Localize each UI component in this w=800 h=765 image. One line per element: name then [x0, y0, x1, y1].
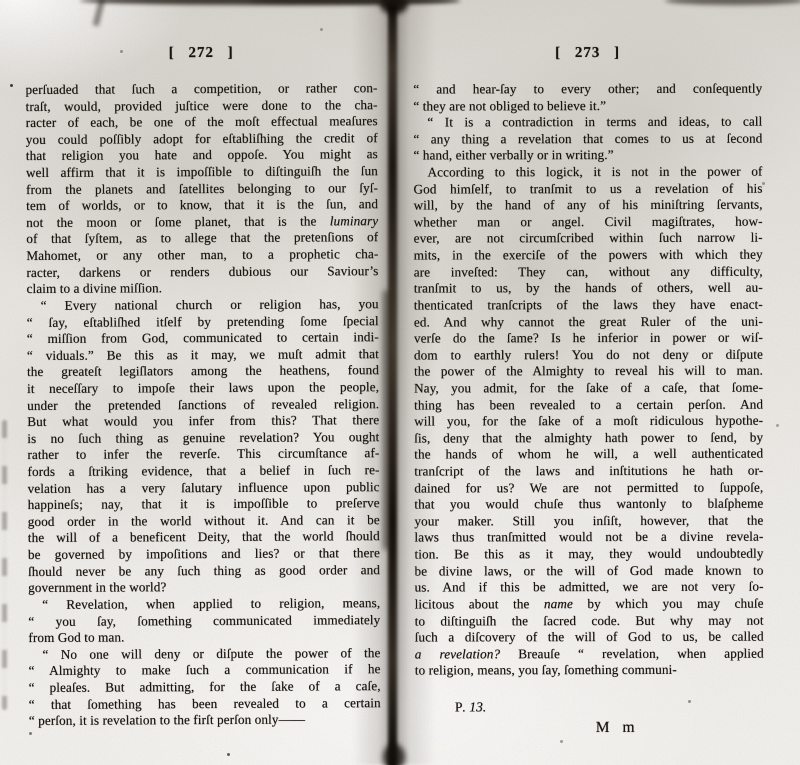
text-line: “ any thing a revelation that comes to u… [413, 130, 762, 148]
text-line: tion. Be this as it may, they would undo… [414, 546, 763, 564]
text-line: “ that ſomething has been revealed to a … [29, 695, 381, 713]
book-scan: [ 272 ] perſuaded that ſuch a competitio… [0, 0, 800, 765]
text-line: licitous about the name by which you may… [415, 595, 764, 613]
text-line: from God to man. [28, 628, 380, 646]
page-273-text: “ and hear-ſay to every other; and conſe… [413, 81, 764, 680]
text-line: that you would chuſe thus wantonly to bl… [414, 496, 763, 514]
text-line: ed. And why cannot the great Ruler of th… [414, 313, 763, 331]
text-line: the greateſt legiſlators among the heath… [27, 362, 379, 380]
text-line: good order in the world without it. And … [28, 512, 380, 530]
text-line: will you, for the ſake of a moſt ridicul… [414, 413, 763, 431]
text-line: thing has been revealed to a certain per… [414, 396, 763, 414]
signature-mark: M m [415, 718, 764, 737]
text-line: government in the world? [28, 578, 380, 596]
text-line: is no ſuch thing as genuine revelation? … [27, 429, 379, 447]
binding-crease [388, 0, 397, 765]
text-line: racter of each, be one of the moſt effec… [26, 113, 378, 131]
text-line: you could poſſibly adopt for eſtabliſhin… [26, 130, 378, 148]
text-line: tranſmit to us, by the hands of others, … [414, 280, 763, 298]
text-line: rather to infer the reverſe. This circum… [27, 445, 379, 463]
top-edge-artifact [250, 0, 460, 4]
text-line: a revelation? Breauſe “ revelation, when… [415, 645, 764, 663]
text-line: ſhould never be any ſuch thing as good o… [28, 562, 380, 580]
text-line: “ It is a contradiction in terms and ide… [413, 114, 762, 132]
text-line: “ ſay, eſtabliſhed itſelf by pretending … [27, 313, 379, 331]
text-line: thenticated tranſcripts of the laws they… [414, 296, 763, 314]
top-left-tear-mark [93, 0, 106, 26]
text-line: claim to a divine miſſion. [26, 279, 378, 297]
text-line: “ Every national church or religion has,… [27, 296, 379, 314]
text-line: Nay, you admit, for the ſake of a caſe, … [414, 380, 763, 398]
text-line: will, by the hand of any of his miniſtri… [413, 197, 762, 215]
text-line: fords a ſtriking evidence, that a belief… [27, 462, 379, 480]
text-line: from the planets and ſatellites belongin… [26, 180, 378, 198]
text-line: Mahomet, or any other man, to a propheti… [26, 246, 378, 264]
text-line: dained for us? We are not permitted to ſ… [414, 479, 763, 497]
text-line: tem of worlds, or to know, that it is th… [26, 196, 378, 214]
text-line: the power of the Almighty to reveal his … [414, 363, 763, 381]
binding-top-mark [380, 0, 408, 14]
footnote: P. 13. [455, 697, 764, 715]
text-line: of that ſyſtem, as to allege that the pr… [26, 230, 378, 248]
binding-bottom-mark [383, 744, 405, 765]
text-line: well affirm that it is impoſſible to diſ… [26, 163, 378, 181]
text-line: it neceſſary to impoſe their laws upon t… [27, 379, 379, 397]
text-line: dom to earthly rulers! You do not deny o… [414, 346, 763, 364]
text-line: God himſelf, to tranſmit to us a revelat… [413, 180, 762, 198]
top-edge-artifact [665, 0, 800, 5]
text-line: tranſcript of the laws and inſtitutions … [414, 463, 763, 481]
text-line: happineſs; nay, that it is impoſſible to… [28, 495, 380, 513]
text-line: under the pretended ſanctions of reveale… [27, 396, 379, 414]
text-line: us. And if this be admitted, we are not … [414, 579, 763, 597]
text-line: velation has a very ſalutary influence u… [27, 479, 379, 497]
page-number-273: [ 273 ] [413, 44, 762, 63]
text-line: But what would you infer from this? That… [27, 412, 379, 430]
text-line: be divine laws, or the will of God made … [414, 562, 763, 580]
page-number-272: [ 272 ] [25, 43, 377, 63]
text-line: “ pleaſes. But admitting, for the ſake o… [29, 678, 381, 696]
text-line: be governed by impoſitions and lies? or … [28, 545, 380, 563]
binding-crease-wave [383, 290, 390, 550]
text-line: are inveſted: They can, without any diff… [414, 263, 763, 281]
text-line: laws thus tranſmitted would not be a div… [414, 529, 763, 547]
text-line: “ you ſay, ſomething communicated immedi… [28, 612, 380, 630]
text-line: mits, in the exerciſe of the powers with… [414, 247, 763, 265]
text-line: verſe do the ſame? Is he inferior in pow… [414, 330, 763, 348]
text-line: traſt, would, provided juſtice were done… [25, 97, 377, 115]
text-line: “ Almighty to make ſuch a communication … [28, 661, 380, 679]
text-line: ſuch a diſcovery of the will of God to u… [415, 629, 764, 647]
page-272-text: perſuaded that ſuch a competition, or ra… [25, 80, 380, 730]
text-line: to religion, means, you ſay, ſomething c… [415, 662, 764, 680]
left-edge-artifact [2, 420, 7, 710]
text-line: “ and hear-ſay to every other; and conſe… [413, 81, 762, 99]
text-line: that religion you hate and oppoſe. You m… [26, 147, 378, 165]
text-line: the will of a beneficent Deity, that the… [28, 529, 380, 547]
text-line: “ viduals.” Be this as it may, we muſt a… [27, 346, 379, 364]
text-line: racter, darkens or renders dubious our S… [26, 263, 378, 281]
text-line: your maker. Still you inſiſt, however, t… [414, 512, 763, 530]
text-line: ſis, deny that the almighty hath power t… [414, 429, 763, 447]
text-line: “ perſon, it is revelation to the firſt … [29, 711, 381, 729]
text-line: “ No one will deny or diſpute the power … [28, 645, 380, 663]
text-line: “ Revelation, when applied to religion, … [28, 595, 380, 613]
text-line: whether man or angel. Civil magiſtrates,… [414, 213, 763, 231]
page-273: [ 273 ] “ and hear-ſay to every other; a… [413, 44, 764, 738]
text-line: “ hand, either verbally or in writing.” [413, 147, 762, 165]
ink-specks [0, 0, 3, 3]
text-line: “ miſſion from God, communicated to cert… [27, 329, 379, 347]
text-line: not the moon or ſome planet, that is the… [26, 213, 378, 231]
text-line: the hands of whom he will, a well authen… [414, 446, 763, 464]
text-line: to diſtinguiſh the ſacred code. But why … [415, 612, 764, 630]
text-line: “ they are not obliged to believe it.” [413, 97, 762, 115]
top-edge-artifact [80, 0, 460, 5]
text-line: P. 13. [455, 697, 764, 715]
text-line: perſuaded that ſuch a competition, or ra… [25, 80, 377, 98]
text-line: ever, are not circumſcribed within ſuch … [414, 230, 763, 248]
text-line: According to this logick, it is not in t… [413, 164, 762, 182]
page-272: [ 272 ] perſuaded that ſuch a competitio… [25, 43, 381, 730]
